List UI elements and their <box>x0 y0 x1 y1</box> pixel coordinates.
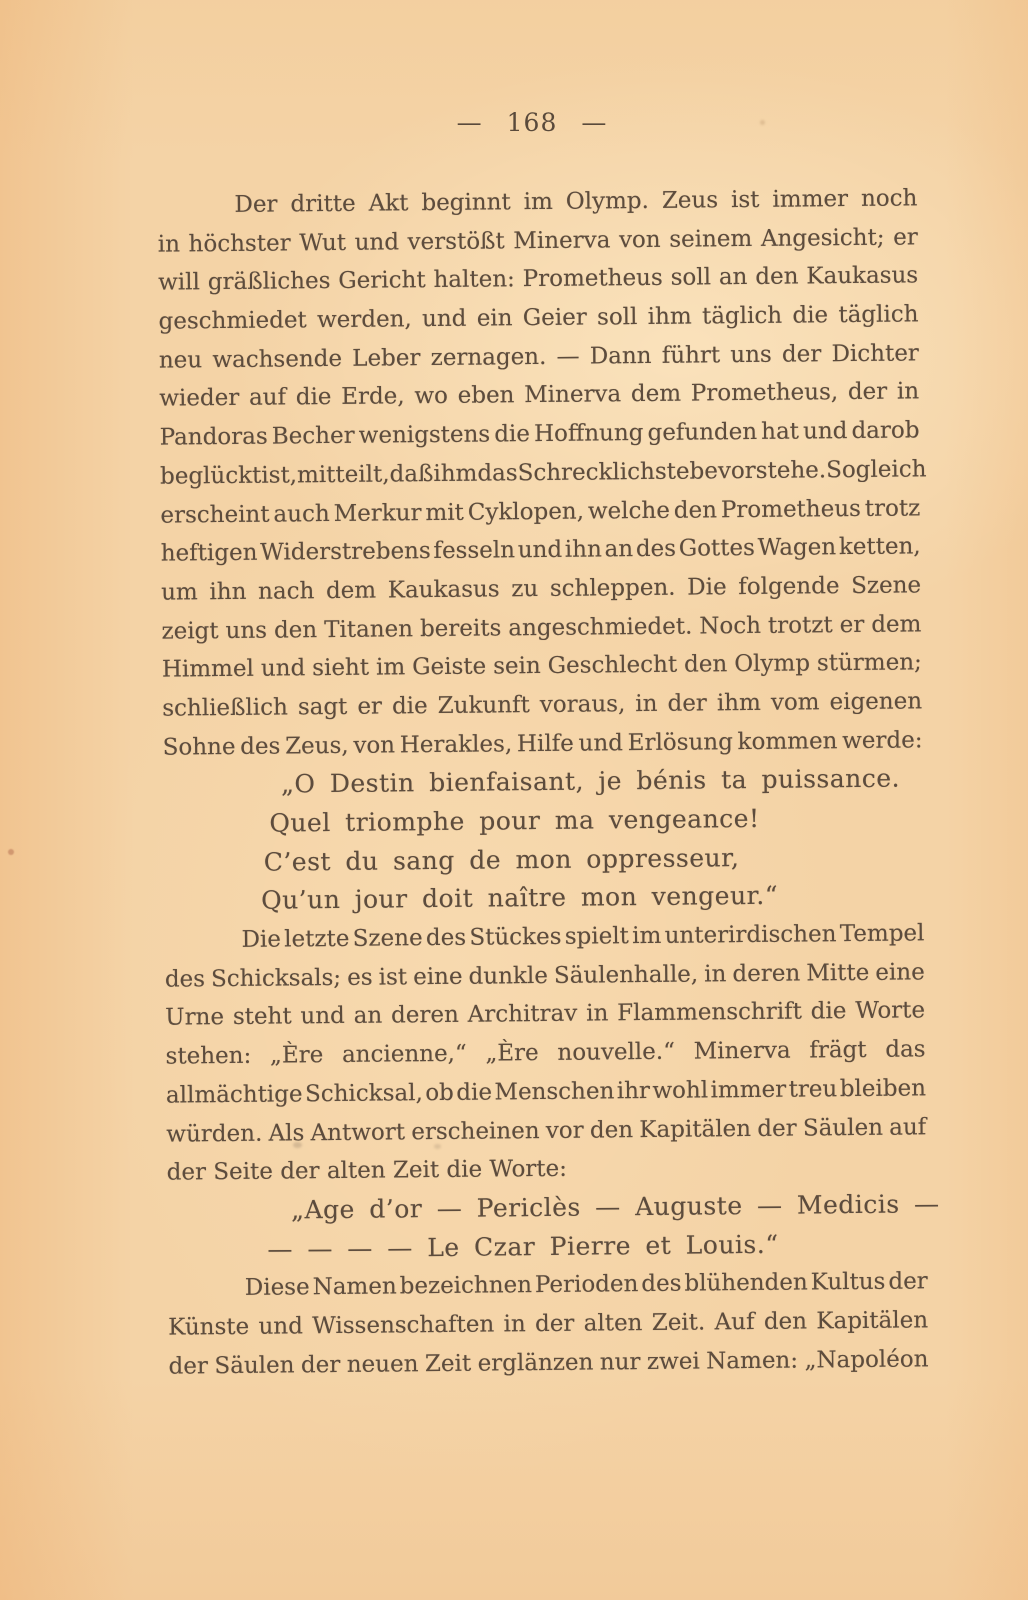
word: hat <box>761 413 799 452</box>
text-line: „Age d’or — Periclès — Auguste — Medicis… <box>291 1185 927 1230</box>
word: Schrecklichste <box>517 452 689 492</box>
word: in <box>158 225 181 264</box>
word: Prometheus <box>721 489 861 529</box>
word: Prometheus, <box>691 374 839 414</box>
text-line: DieseNamenbezeichnenPeriodendesblühenden… <box>168 1263 928 1309</box>
word: treu <box>788 1070 837 1109</box>
word: geschmiedet <box>158 301 307 341</box>
word: auf <box>889 1108 926 1147</box>
word: soll <box>670 259 711 298</box>
word: Minerva <box>513 221 610 261</box>
word: Wut <box>299 224 346 263</box>
word: gefunden <box>647 413 757 453</box>
word: stehen: <box>165 1037 251 1077</box>
word: Wissenschaften <box>312 1305 494 1345</box>
word: in <box>586 995 609 1034</box>
word: trotz <box>865 489 921 528</box>
word: Himmel <box>162 650 254 690</box>
word: neuen <box>347 1345 419 1384</box>
word: an <box>354 997 383 1036</box>
word: in <box>503 1305 526 1344</box>
word: und <box>258 1307 303 1346</box>
text-block: DerdritteAktbeginntimOlymp.Zeusistimmern… <box>157 179 928 1386</box>
word: die <box>296 378 332 417</box>
word: immer <box>772 180 848 219</box>
word: gräßliches <box>208 262 331 302</box>
word: ihr <box>617 1072 651 1111</box>
word: Künste <box>168 1308 249 1347</box>
word: er <box>839 605 864 644</box>
word: spielt <box>565 917 629 956</box>
word: führt <box>662 336 721 375</box>
word: kommen <box>737 722 837 762</box>
page-number-dash-right: — <box>581 108 607 137</box>
word: Herakles, <box>400 725 513 765</box>
word: den <box>590 1111 634 1150</box>
word: die <box>392 687 428 726</box>
word: Säulen <box>214 1346 294 1385</box>
word: unterirdischen <box>664 915 836 955</box>
paper-speck <box>8 849 14 855</box>
word: der <box>301 1346 341 1385</box>
word: Zeit <box>425 1344 472 1383</box>
word: erglänzen <box>477 1343 593 1383</box>
word: schließlich <box>162 688 288 728</box>
word: seinem <box>669 220 752 259</box>
word: Zeit. <box>652 1303 706 1342</box>
word: Gottes <box>679 529 755 568</box>
text-line: „O Destin bienfaisant, je bénis ta puiss… <box>281 760 923 805</box>
word: täglich <box>702 297 782 336</box>
word: Tempel <box>840 914 925 953</box>
word: im <box>632 917 662 956</box>
word: nur <box>600 1343 641 1382</box>
word: ist <box>378 958 407 997</box>
word: Geiste <box>412 648 486 687</box>
word: das <box>885 1030 926 1069</box>
word: den <box>274 611 318 650</box>
word: Dann <box>590 337 652 376</box>
word: wohl <box>652 1071 708 1110</box>
word: mitteilt, <box>297 455 390 495</box>
word: bereits <box>420 609 502 648</box>
word: der <box>168 1347 208 1386</box>
word: Die <box>241 921 281 960</box>
word: Die <box>687 568 727 607</box>
word: des <box>240 727 281 766</box>
word: Gericht <box>338 261 426 301</box>
word: ihn <box>565 531 602 570</box>
word: Säulen <box>803 1108 883 1147</box>
word: und <box>300 997 345 1036</box>
word: und <box>578 724 623 763</box>
word: nach <box>258 572 315 611</box>
word: Antwort <box>310 1113 405 1153</box>
word: beglückt <box>160 457 262 497</box>
word: schleppen. <box>550 569 676 609</box>
word: Worte <box>855 992 925 1031</box>
word: Erlösung <box>628 723 734 763</box>
word: ihn <box>209 573 246 612</box>
word: daß <box>389 455 433 494</box>
word: ihm <box>648 298 692 337</box>
word: Zukunft <box>438 686 530 726</box>
word: trotzt <box>768 606 833 645</box>
word: Kapitälen <box>639 1110 751 1150</box>
word: eine <box>413 958 463 997</box>
word: er <box>357 687 382 726</box>
word: täglich <box>838 295 918 334</box>
word: an <box>604 530 633 569</box>
word: wieder <box>159 379 239 418</box>
word: und <box>803 412 848 451</box>
word: der <box>888 1263 928 1302</box>
word: halten: <box>433 261 515 300</box>
word: Minerva <box>524 376 621 416</box>
word: und <box>422 300 467 339</box>
word: sieht <box>312 649 369 688</box>
word: zwei <box>647 1342 700 1381</box>
word: des <box>636 530 677 569</box>
word: Becher <box>272 417 355 456</box>
word: Pandoras <box>159 418 267 458</box>
text-line: C’est du sang de mon oppresseur, <box>264 837 924 882</box>
word: eine <box>875 953 925 992</box>
word: allmächtige <box>166 1075 303 1115</box>
word: steht <box>233 998 292 1037</box>
word: dunkle <box>468 957 548 996</box>
word: Erde, <box>341 378 405 417</box>
word: würden. <box>166 1114 262 1154</box>
page-number-dash-left: — <box>457 108 483 137</box>
word: ketten, <box>839 528 921 567</box>
word: des <box>641 1265 682 1304</box>
word: Perioden <box>535 1265 639 1305</box>
word: Menschen <box>494 1072 614 1112</box>
word: Architrav <box>468 995 578 1035</box>
word: des <box>426 919 467 958</box>
word: Sohne <box>162 728 235 767</box>
word: Der <box>234 186 277 225</box>
word: sein <box>493 647 541 686</box>
word: der <box>535 1305 575 1344</box>
word: Stückes <box>469 918 561 958</box>
word: ein <box>477 299 513 338</box>
word: Geier <box>523 299 587 338</box>
word: vor <box>546 1111 584 1150</box>
word: mit <box>425 493 464 532</box>
word: beginnt <box>421 183 511 223</box>
word: „Ère <box>270 1036 324 1075</box>
word: immer <box>710 1070 786 1109</box>
word: noch <box>861 179 918 218</box>
book-page: —168— DerdritteAktbeginntimOlymp.Zeusist… <box>0 0 1028 1600</box>
word: Geschlecht <box>548 646 678 686</box>
word: wachsende <box>212 340 342 380</box>
word: heftigen <box>161 534 258 574</box>
word: welche <box>588 491 670 530</box>
word: dem <box>326 571 377 610</box>
word: sagt <box>298 688 348 727</box>
word: angeschmiedet. <box>508 607 692 647</box>
word: Kaukasus <box>806 257 918 297</box>
word: Namen: <box>706 1341 798 1381</box>
word: stürmen; <box>817 644 922 684</box>
word: Prometheus <box>523 259 663 299</box>
word: Flammenschrift <box>617 993 802 1033</box>
word: in <box>635 685 658 724</box>
word: blühenden <box>684 1264 808 1304</box>
word: Olymp <box>734 645 810 684</box>
text-line: — — — — Le Czar Pierre et Louis.“ <box>267 1224 927 1269</box>
word: des <box>165 960 206 999</box>
word: Wagen <box>757 528 836 567</box>
word: an <box>719 258 748 297</box>
word: Diese <box>245 1269 310 1308</box>
word: verstößt <box>407 222 504 262</box>
word: und <box>261 650 306 689</box>
word: „Napoléon <box>804 1340 928 1380</box>
word: der <box>782 335 822 374</box>
word: dem <box>631 375 682 414</box>
word: die <box>456 1073 492 1112</box>
word: neu <box>159 341 203 380</box>
word: in <box>704 955 727 994</box>
word: im <box>376 649 406 688</box>
word: von <box>619 221 661 260</box>
word: ancienne,“ <box>342 1035 467 1075</box>
word: folgende <box>738 567 840 607</box>
word: deren <box>732 954 800 993</box>
word: auch <box>273 495 330 534</box>
word: zernagen. <box>430 338 546 378</box>
word: ihm <box>717 684 761 723</box>
word: erscheint <box>160 495 270 535</box>
word: Schicksal, <box>305 1074 423 1114</box>
word: Akt <box>368 184 408 223</box>
word: zu <box>511 570 538 609</box>
word: Dichter <box>831 334 919 374</box>
word: es <box>347 958 373 997</box>
word: Leber <box>352 339 421 378</box>
text-line: inhöchsterWutundverstößtMinervavonseinem… <box>158 218 918 264</box>
word: Olymp. <box>566 182 649 221</box>
word: die <box>792 296 828 335</box>
word: Sogleich <box>826 450 927 490</box>
word: Titanen <box>324 610 413 650</box>
word: die <box>811 993 847 1032</box>
word: zeigt <box>161 612 218 651</box>
word: soll <box>597 298 638 337</box>
word: voraus, <box>540 685 626 725</box>
word: den <box>684 645 728 684</box>
word: in <box>897 373 920 412</box>
word: ob <box>425 1074 454 1113</box>
word: Noch <box>699 606 761 645</box>
word: Kaukasus <box>388 570 500 610</box>
word: Säulenhalle, <box>554 955 699 995</box>
word: — <box>556 337 579 376</box>
text-line: Qu’un jour doit naître mon vengeur.“ <box>261 876 924 921</box>
word: bezeichnen <box>399 1266 532 1306</box>
word: im <box>523 183 553 222</box>
word: der <box>757 1109 797 1148</box>
word: und <box>518 531 563 570</box>
word: Namen <box>312 1268 396 1307</box>
word: er <box>893 218 918 257</box>
word: und <box>354 223 399 262</box>
word: den <box>755 258 799 297</box>
text-line: derSäulenderneuenZeiterglänzennurzweiNam… <box>168 1340 928 1386</box>
word: bevorstehe. <box>689 451 826 491</box>
word: nouvelle.“ <box>557 1033 675 1073</box>
word: höchster <box>188 224 290 264</box>
word: Kultus <box>811 1263 886 1302</box>
word: eigenen <box>829 682 922 722</box>
word: eben <box>457 377 514 416</box>
word: die <box>494 415 530 454</box>
word: deren <box>391 996 459 1035</box>
word: frägt <box>809 1031 867 1070</box>
word: Widerstrebens <box>260 532 431 572</box>
word: darob <box>851 411 919 450</box>
word: Cyklopen, <box>468 492 585 532</box>
word: um <box>161 573 198 612</box>
word: wo <box>414 377 448 416</box>
word: will <box>158 264 200 303</box>
text-line: würden.AlsAntworterscheinenvordenKapitäl… <box>166 1108 926 1154</box>
word: Angesicht; <box>761 218 885 258</box>
word: Zeus, <box>285 726 349 765</box>
word: letzte <box>284 920 350 959</box>
page-number: 168 <box>507 108 558 137</box>
word: den <box>764 1302 808 1341</box>
word: ist <box>731 181 760 220</box>
word: Szene <box>353 919 423 958</box>
word: dritte <box>290 185 356 224</box>
word: Kapitälen <box>816 1301 928 1341</box>
word: der <box>667 684 707 723</box>
word: Auf <box>714 1303 754 1342</box>
word: das <box>477 454 518 493</box>
word: der <box>848 373 888 412</box>
word: werden, <box>317 300 412 340</box>
word: ihm <box>433 454 477 493</box>
word: dem <box>871 605 922 644</box>
word: Szene <box>851 566 921 605</box>
word: vom <box>771 683 820 722</box>
word: uns <box>730 336 772 375</box>
word: wenigstens <box>359 416 491 456</box>
word: Zeus <box>662 181 719 220</box>
page-header: —168— <box>18 108 1028 137</box>
word: von <box>353 726 395 765</box>
word: Hoffnung <box>534 414 644 454</box>
word: Als <box>268 1114 304 1153</box>
word: ist, <box>261 456 297 495</box>
word: alten <box>584 1304 643 1343</box>
word: Mitte <box>806 954 869 993</box>
word: bleiben <box>840 1069 927 1109</box>
word: Merkur <box>333 494 421 534</box>
word: den <box>674 491 718 530</box>
text-line: Quel triomphe pour ma vengeance! <box>269 798 923 843</box>
word: Urne <box>165 999 224 1038</box>
word: auf <box>249 379 286 418</box>
word: erscheinen <box>411 1112 540 1152</box>
word: Hilfe <box>517 724 574 763</box>
word: Schicksals; <box>211 959 341 999</box>
word: fesseln <box>433 531 515 570</box>
word: Minerva <box>693 1032 790 1072</box>
word: „Ère <box>485 1034 539 1073</box>
word: uns <box>225 611 267 650</box>
word: werde: <box>842 721 923 760</box>
